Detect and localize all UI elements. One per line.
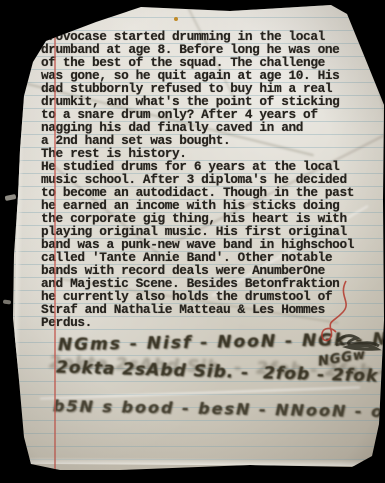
orange-speck (174, 17, 178, 21)
bottom-edge-highlight (28, 457, 363, 466)
handwriting-line-3: b5N s bood - besN - NNooN - ooN - 66N (53, 396, 385, 422)
typed-line: Perdus. (41, 316, 377, 329)
crumpled-paper: Provocase started drumming in the locald… (0, 0, 385, 483)
paper-fleck (5, 194, 17, 201)
typed-text-block: Provocase started drumming in the locald… (41, 30, 377, 329)
red-margin-line (54, 26, 56, 469)
photo-background: Provocase started drumming in the locald… (0, 0, 385, 483)
paper-fleck (3, 299, 11, 304)
torn-edge-highlight (13, 60, 26, 460)
